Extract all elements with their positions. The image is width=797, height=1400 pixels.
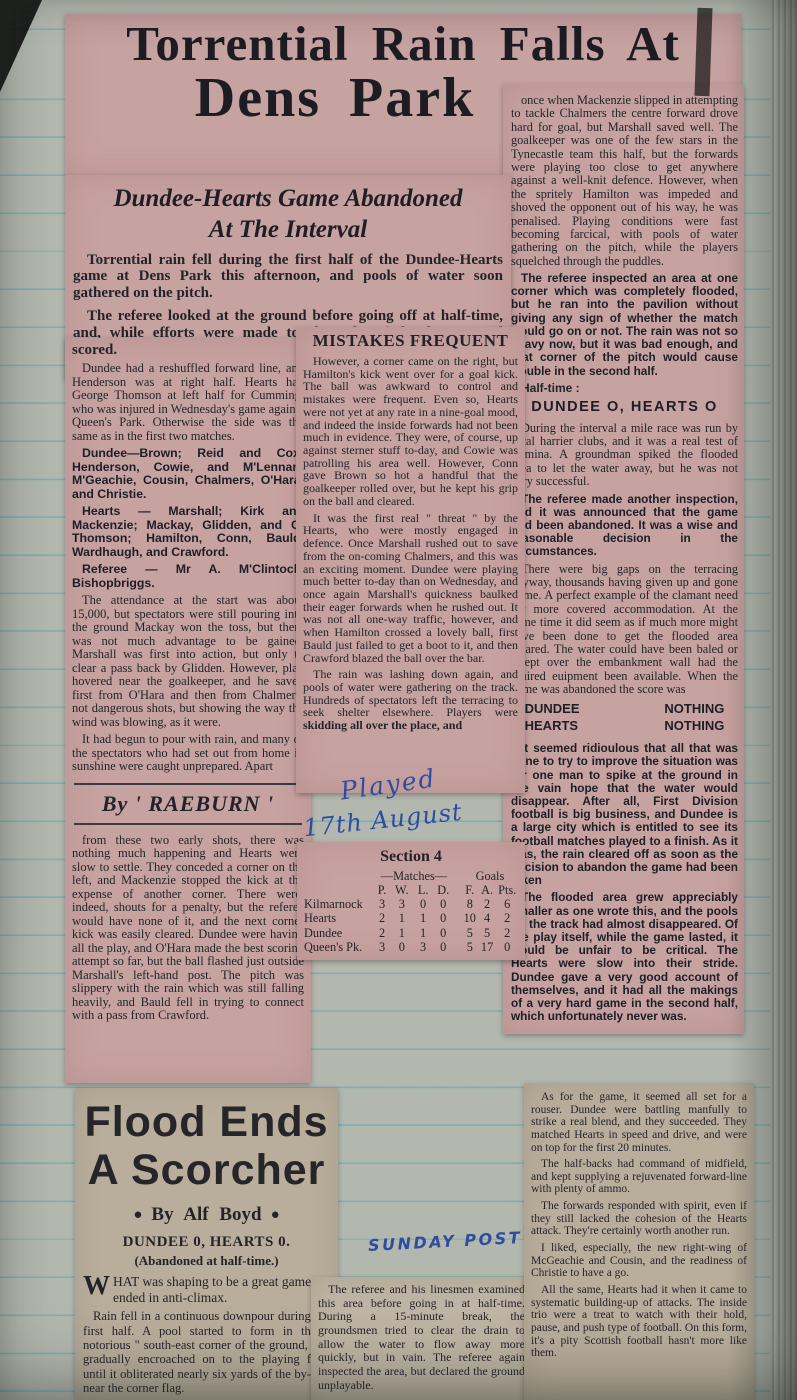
clipping-fold-mark [694,8,712,96]
subheadline-line1: Dundee-Hearts Game Abandoned [73,183,503,214]
paragraph: once when Mackenzie slipped in attemptin… [511,94,738,268]
matches-group-header: —Matches— [374,869,454,883]
flood-body: Rain fell in a continuous downpour durin… [83,1309,330,1395]
table-cell: 3 [390,897,414,911]
page-edge-stack [770,0,797,1400]
col-header: F. [454,883,479,897]
score-team: DUNDEE [525,701,580,718]
paragraph: The rain was lashing down again, and poo… [303,668,518,732]
paragraph: The flooded area grew appreciably smalle… [511,891,738,1023]
paragraph-text: The rain was lashing down again, and poo… [303,667,518,719]
halftime-label: Half-time : [511,382,738,395]
table-cell: 8 [454,897,479,911]
table-cell [303,883,374,897]
paragraph: I liked, especially, the new right-wing … [531,1242,747,1280]
drop-cap: W [83,1274,113,1297]
main-middle-column: MISTAKES FREQUENT However, a corner came… [296,327,525,793]
bullet-icon: ● [133,1208,142,1223]
paragraph: The referee inspected an area at one cor… [511,272,738,378]
paragraph: All the same, Hearts had it when it came… [531,1284,747,1360]
crosshead-mistakes-frequent: MISTAKES FREQUENT [303,332,518,350]
table-cell: 3 [374,897,390,911]
table-cell: 1 [390,926,414,940]
flood-headline-line1: Flood Ends [83,1098,330,1146]
goals-group-header: Goals [454,869,519,883]
paragraph: Rain fell in a continuous downpour durin… [83,1309,330,1395]
paragraph: from these two early shots, there was no… [72,834,304,1023]
paragraph: It had begun to pour with rain, and many… [72,733,304,774]
byline-raeburn: By ' RAEBURN ' [74,783,302,825]
lead-tail: scored. [72,342,304,358]
lead-paragraph: Torrential rain fell during the first ha… [73,252,503,302]
table-cell: 5 [479,926,496,940]
table-cell: 0 [414,897,433,911]
lead-text: HAT was shaping to be a great game ended… [113,1274,311,1305]
paragraph: It seemed ridioulous that all that was d… [511,742,738,887]
paragraph-bold-tail: skidding all over the place, and [303,718,462,732]
byline-alf-boyd: ● By Alf Boyd ● [83,1204,330,1226]
col-header: W. [390,883,414,897]
table-cell: 2 [479,897,496,911]
col-header: D. [433,883,454,897]
league-table: —Matches— Goals P. W. L. D. F. A. Pts. K… [303,869,519,954]
referee-note-clipping: The referee and his linesmen examined th… [311,1277,532,1400]
byline-text: By Alf Boyd [151,1204,261,1226]
paragraph: The referee and his linesmen examined th… [318,1283,525,1392]
flood-lead-paragraph: WHAT was shaping to be a great game ende… [83,1274,330,1305]
table-row: Queen's Pk. 3 0 3 0 5 17 0 [303,940,519,954]
table-cell: 0 [433,940,454,954]
score-row: HEARTS NOTHING [525,718,725,735]
flood-headline-line2: A Scorcher [83,1146,330,1194]
paragraph: The half-backs had command of midfield, … [531,1158,747,1196]
main-headline-line1: Torrential Rain Falls At [73,18,733,69]
table-group-header-row: —Matches— Goals [303,869,519,883]
paragraph: The referee made another inspection, and… [511,493,738,559]
table-cell: 0 [433,911,454,925]
col-header: A. [479,883,496,897]
paragraph: During the interval a mile race was run … [511,422,738,489]
flood-score-line: DUNDEE 0, HEARTS 0. [83,1234,330,1251]
table-row: Hearts 2 1 1 0 10 4 2 [303,911,519,925]
page-corner-shadow [0,0,42,92]
paragraph: It was the first real " threat " by the … [303,512,518,665]
team-name: Queen's Pk. [303,940,374,954]
referee-line: Referee — Mr A. M'Clintock, Bishopbriggs… [72,563,304,590]
paragraph: The attendance at the start was about 15… [72,594,304,729]
table-cell: 0 [433,897,454,911]
col-header: Pts. [495,883,519,897]
paragraph: However, a corner came on the right, but… [303,355,518,508]
table-cell [303,869,374,883]
table-cell: 1 [390,911,414,925]
hearts-lineup: Hearts — Marshall; Kirk and Mackenzie; M… [72,505,304,559]
page-curvature-shade [728,0,770,1400]
col-header: L. [414,883,433,897]
table-cell: 3 [374,940,390,954]
table-cell: 0 [433,926,454,940]
table-cell: 4 [479,911,496,925]
table-cell: 1 [414,926,433,940]
table-cell: 10 [454,911,479,925]
table-row: Kilmarnock 3 3 0 0 8 2 6 [303,897,519,911]
table-cell: 3 [414,940,433,954]
score-row: DUNDEE NOTHING [525,701,725,718]
team-name: Kilmarnock [303,897,374,911]
paragraph: As for the game, it seemed all set for a… [531,1091,747,1154]
main-right-column: once when Mackenzie slipped in attemptin… [503,84,744,1034]
bullet-icon: ● [271,1208,280,1223]
subheadline-line2: At The Interval [73,214,503,245]
score-team: HEARTS [525,718,578,735]
table-cell: 0 [390,940,414,954]
table-cell: 6 [495,897,519,911]
halftime-score-heading: DUNDEE O, HEARTS O [511,400,738,416]
scrapbook-page: Torrential Rain Falls At Dens Park once … [0,0,797,1400]
team-name: Dundee [303,926,374,940]
table-cell: 1 [414,911,433,925]
main-left-column: scored. Dundee had a reshuffled forward … [65,338,311,1083]
table-cell: 2 [374,911,390,925]
table-cell: 17 [479,940,496,954]
abandoned-line: (Abandoned at half-time.) [83,1253,330,1269]
paragraph: The forwards responded with spirit, even… [531,1200,747,1238]
league-table-clipping: Section 4 —Matches— Goals P. W. L. D. F.… [297,842,525,960]
handwritten-date-note: 17th August [302,798,464,843]
table-row: Dundee 2 1 1 0 5 5 2 [303,926,519,940]
table-title: Section 4 [303,848,519,866]
table-cell: 2 [495,911,519,925]
handwritten-source-note: SUNDAY POST [368,1228,523,1255]
table-cell: 5 [454,940,479,954]
bottom-right-column-clipping: As for the game, it seemed all set for a… [524,1083,754,1400]
table-cell: 0 [495,940,519,954]
table-column-header-row: P. W. L. D. F. A. Pts. [303,883,519,897]
col-header: P. [374,883,390,897]
flood-scorcher-clipping: Flood Ends A Scorcher ● By Alf Boyd ● DU… [75,1088,338,1400]
table-cell: 2 [495,926,519,940]
paragraph: There were big gaps on the terracing any… [511,563,738,697]
table-cell: 5 [454,926,479,940]
dundee-lineup: Dundee—Brown; Reid and Cox; Henderson, C… [72,447,304,501]
paragraph: Dundee had a reshuffled forward line, an… [72,362,304,443]
team-name: Hearts [303,911,374,925]
score-result: NOTHING [664,701,724,718]
final-score-block: DUNDEE NOTHING HEARTS NOTHING [511,701,738,735]
table-cell: 2 [374,926,390,940]
score-result: NOTHING [664,718,724,735]
